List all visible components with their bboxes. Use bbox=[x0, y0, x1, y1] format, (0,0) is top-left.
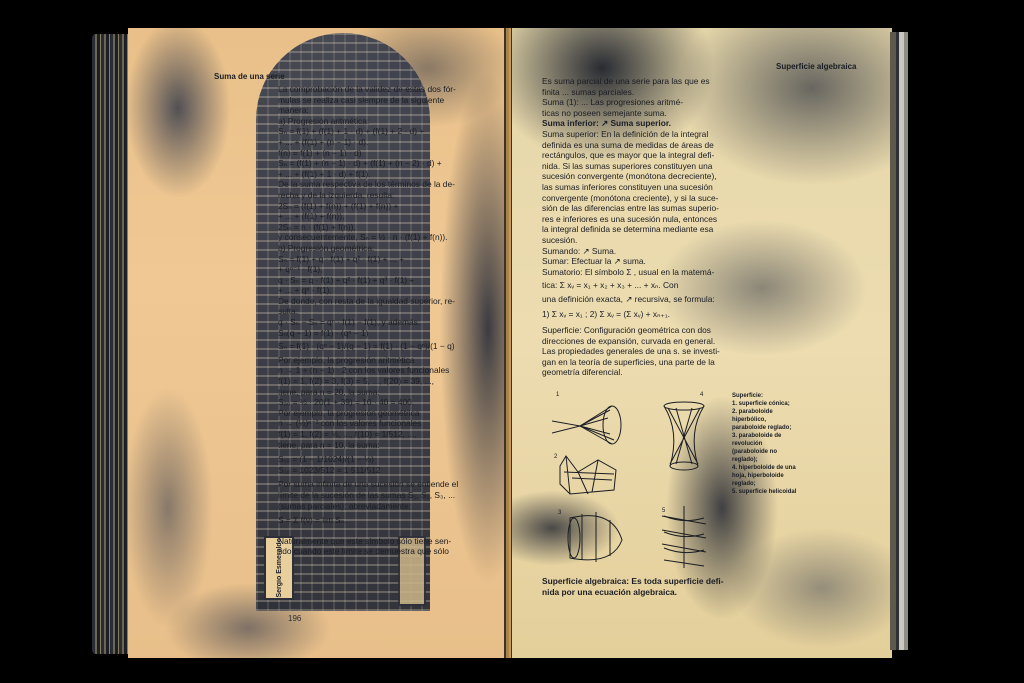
text-line: S₂₀ = ½ · 20(1 + 39) = 10 · 40 = 400. bbox=[278, 397, 458, 408]
text-line: 2Sₙ = n · (f(1) + f(n)), bbox=[278, 222, 458, 233]
text-line: + ... + (f(1) + f(n)), bbox=[278, 211, 458, 222]
right-page-text: Es suma parcial de una serie para las qu… bbox=[542, 76, 720, 378]
text-line: Suma (1): ... Las progresiones aritmé- bbox=[542, 97, 720, 108]
text-line: Suma superior: En la definición de la in… bbox=[542, 129, 720, 140]
text-line: Por ejemplo, la progresión geométrica bbox=[278, 408, 458, 419]
text-line: mulas se realiza casi siempre de la sigu… bbox=[278, 95, 458, 106]
text-line: q · Sₙ = q · f(1) + q² · f(1) + q³ · f(1… bbox=[278, 275, 458, 286]
left-running-head: Suma de una serie bbox=[214, 72, 285, 81]
text-line: La comprobación de la validez de estas d… bbox=[278, 84, 458, 95]
text-line: Sₙ = f(1) + (f(1) + 1 · d) + (f(1) + 2 ·… bbox=[278, 126, 458, 137]
text-line: S₁₀ = 1023/512 = 1 511/512 bbox=[278, 465, 458, 476]
text-line: Superficie: Configuración geométrica con… bbox=[542, 325, 720, 336]
text-line: Suma inferior: ↗ Suma superior. bbox=[542, 118, 720, 129]
text-line: Naturalmente que este símbolo sólo tiene… bbox=[278, 536, 458, 547]
text-line: rectángulos, que es mayor que la integra… bbox=[542, 150, 720, 161]
text-line: manera: bbox=[278, 105, 458, 116]
text-line: la integral definida se determina median… bbox=[542, 224, 720, 235]
text-line: Sumatorio: El símbolo Σ , usual en la ma… bbox=[542, 267, 720, 278]
text-line: f(1) = 1, f(2) = 3, f(3) = 5, ..., f(20)… bbox=[278, 376, 458, 387]
text-line: S₁₀ = (1 − 1/1024)/(1 − ½) bbox=[278, 454, 458, 465]
text-line: Sₙ = f(1) + q · f(1) + q² · f(1) + ... + bbox=[278, 254, 458, 265]
left-page-number: 196 bbox=[288, 614, 301, 623]
text-line: Superficie algebraica: Es toda superfici… bbox=[542, 576, 724, 587]
left-page: Sergio Esmeraldo Suma de una serie La co… bbox=[128, 28, 506, 658]
open-book: Sergio Esmeraldo Suma de una serie La co… bbox=[92, 28, 908, 658]
right-page-footer-text: Superficie algebraica: Es toda superfici… bbox=[542, 576, 724, 597]
text-line: f(1) = 1, f(2) = ½, ..., f(10) = 1/512, … bbox=[278, 429, 458, 440]
figure-caption: Superficie: 1. superficie cónica; 2. par… bbox=[732, 392, 796, 496]
text-line: Sₙ = (f(1) + (n − 1) · d) + (f(1) + (n −… bbox=[278, 158, 458, 169]
text-line: Sₙ(q − 1) = f(1) · (qⁿ − 1) bbox=[278, 328, 458, 339]
text-line: sión de las diferencias entre las sumas … bbox=[542, 203, 720, 214]
svg-text:4: 4 bbox=[700, 392, 704, 398]
text-line: límite de la sucesión de las sumas S₁, S… bbox=[278, 490, 458, 501]
text-line: y consecuentemente, Sₙ = ½ · n · (f(1) +… bbox=[278, 232, 458, 243]
svg-text:5: 5 bbox=[662, 508, 666, 514]
text-line: Por suma infinita de una sucesión se ent… bbox=[278, 479, 458, 490]
left-page-text: La comprobación de la validez de estas d… bbox=[278, 84, 458, 557]
text-line: + ... + (f(1) + (n − 1) · d). bbox=[278, 137, 458, 148]
text-line: definida es una suma de medidas de áreas… bbox=[542, 140, 720, 151]
text-line: Las propiedades generales de una s. se i… bbox=[542, 346, 720, 357]
text-line: + ... + (f(1) + 1 · d) + f(1). bbox=[278, 169, 458, 180]
text-line: direcciones de expansión, curvada en gen… bbox=[542, 336, 720, 347]
text-line: sucesión. bbox=[542, 235, 720, 246]
text-line: sulta: bbox=[278, 306, 458, 317]
text-line: una definición exacta, ↗ recursiva, se f… bbox=[542, 294, 720, 305]
text-line: 2Sₙ = (f(1) + f(n)) + (f(1) + f(n)) + bbox=[278, 201, 458, 212]
text-line: finita ... sumas parciales. bbox=[542, 87, 720, 98]
text-line: b) Progresión geométrica: bbox=[278, 243, 458, 254]
text-line: Es suma parcial de una serie para las qu… bbox=[542, 76, 720, 87]
text-line: (sumas parciales); abreviadamente: bbox=[278, 501, 458, 512]
text-line: res e inferiores es una sucesión nula, e… bbox=[542, 214, 720, 225]
text-line: De la suma respectiva de los términos de… bbox=[278, 179, 458, 190]
text-line: gan en la teoría de superficies, una par… bbox=[542, 357, 720, 368]
text-line: De donde, con resta de la igualdad super… bbox=[278, 296, 458, 307]
surface-figures: 1 2 3 4 5 bbox=[552, 388, 732, 578]
svg-text:3: 3 bbox=[558, 510, 562, 516]
text-line: Sₙ = f(1) · (qⁿ − 1)/(q − 1) = f(1) · (1… bbox=[278, 341, 458, 352]
text-line: Sumar: Efectuar la ↗ suma. bbox=[542, 256, 720, 267]
text-line: tica: Σ xᵥ = x₁ + x₂ + x₃ + ... + xₙ. Co… bbox=[542, 280, 720, 291]
text-line: + ... + qⁿ · f(1). bbox=[278, 285, 458, 296]
text-line: q · Sₙ − Sₙ = qⁿ · f(1) − f(1), y además… bbox=[278, 317, 458, 328]
text-line: nida por una ecuación algebraica. bbox=[542, 587, 724, 598]
svg-text:1: 1 bbox=[556, 392, 560, 398]
right-page: Superficie algebraica Es suma parcial de… bbox=[512, 28, 892, 658]
text-line: Por ejemplo, la progresión aritmética bbox=[278, 355, 458, 366]
text-line: a) Progresión aritmética: bbox=[278, 116, 458, 127]
text-line: Sumando: ↗ Suma. bbox=[542, 246, 720, 257]
right-page-edges bbox=[890, 32, 908, 650]
text-line: ticas no poseen semejante suma. bbox=[542, 108, 720, 119]
text-line: n → 1 + (n − 1) · 2 con los valores func… bbox=[278, 365, 458, 376]
svg-text:2: 2 bbox=[554, 454, 558, 460]
surface-illustrations-icon: 1 2 3 4 5 bbox=[552, 388, 732, 578]
text-line: las sumas inferiores constituyen una suc… bbox=[542, 182, 720, 193]
text-line: sucesión convergente (monótona decrecien… bbox=[542, 171, 720, 182]
text-line: n → (½)ⁿ⁻¹ con los valores funcionales bbox=[278, 418, 458, 429]
text-line: tiene, para n = 10, la suma: bbox=[278, 440, 458, 451]
text-line: tido cuando este límite se demuestra que… bbox=[278, 546, 458, 557]
text-line: + qⁿ⁻¹ · f(1), bbox=[278, 264, 458, 275]
text-line: nida. Si las sumas superiores constituye… bbox=[542, 161, 720, 172]
text-line: f(n) = f(1) + (n − 1) · d) bbox=[278, 148, 458, 159]
text-line: convergente (monótona creciente), y si l… bbox=[542, 193, 720, 204]
text-line: 1) Σ xᵥ = x₁ ; 2) Σ xᵥ = (Σ xᵥ) + xₙ₊₁. bbox=[542, 309, 720, 320]
text-line: recha y de la izquierda, resulta: bbox=[278, 190, 458, 201]
right-running-head: Superficie algebraica bbox=[776, 62, 856, 71]
text-line: geometría diferencial. bbox=[542, 367, 720, 378]
text-line: tiene, para n = 20, la suma: bbox=[278, 387, 458, 398]
text-line: S = Σ f(ν) = lim Sₙ. bbox=[278, 515, 458, 526]
